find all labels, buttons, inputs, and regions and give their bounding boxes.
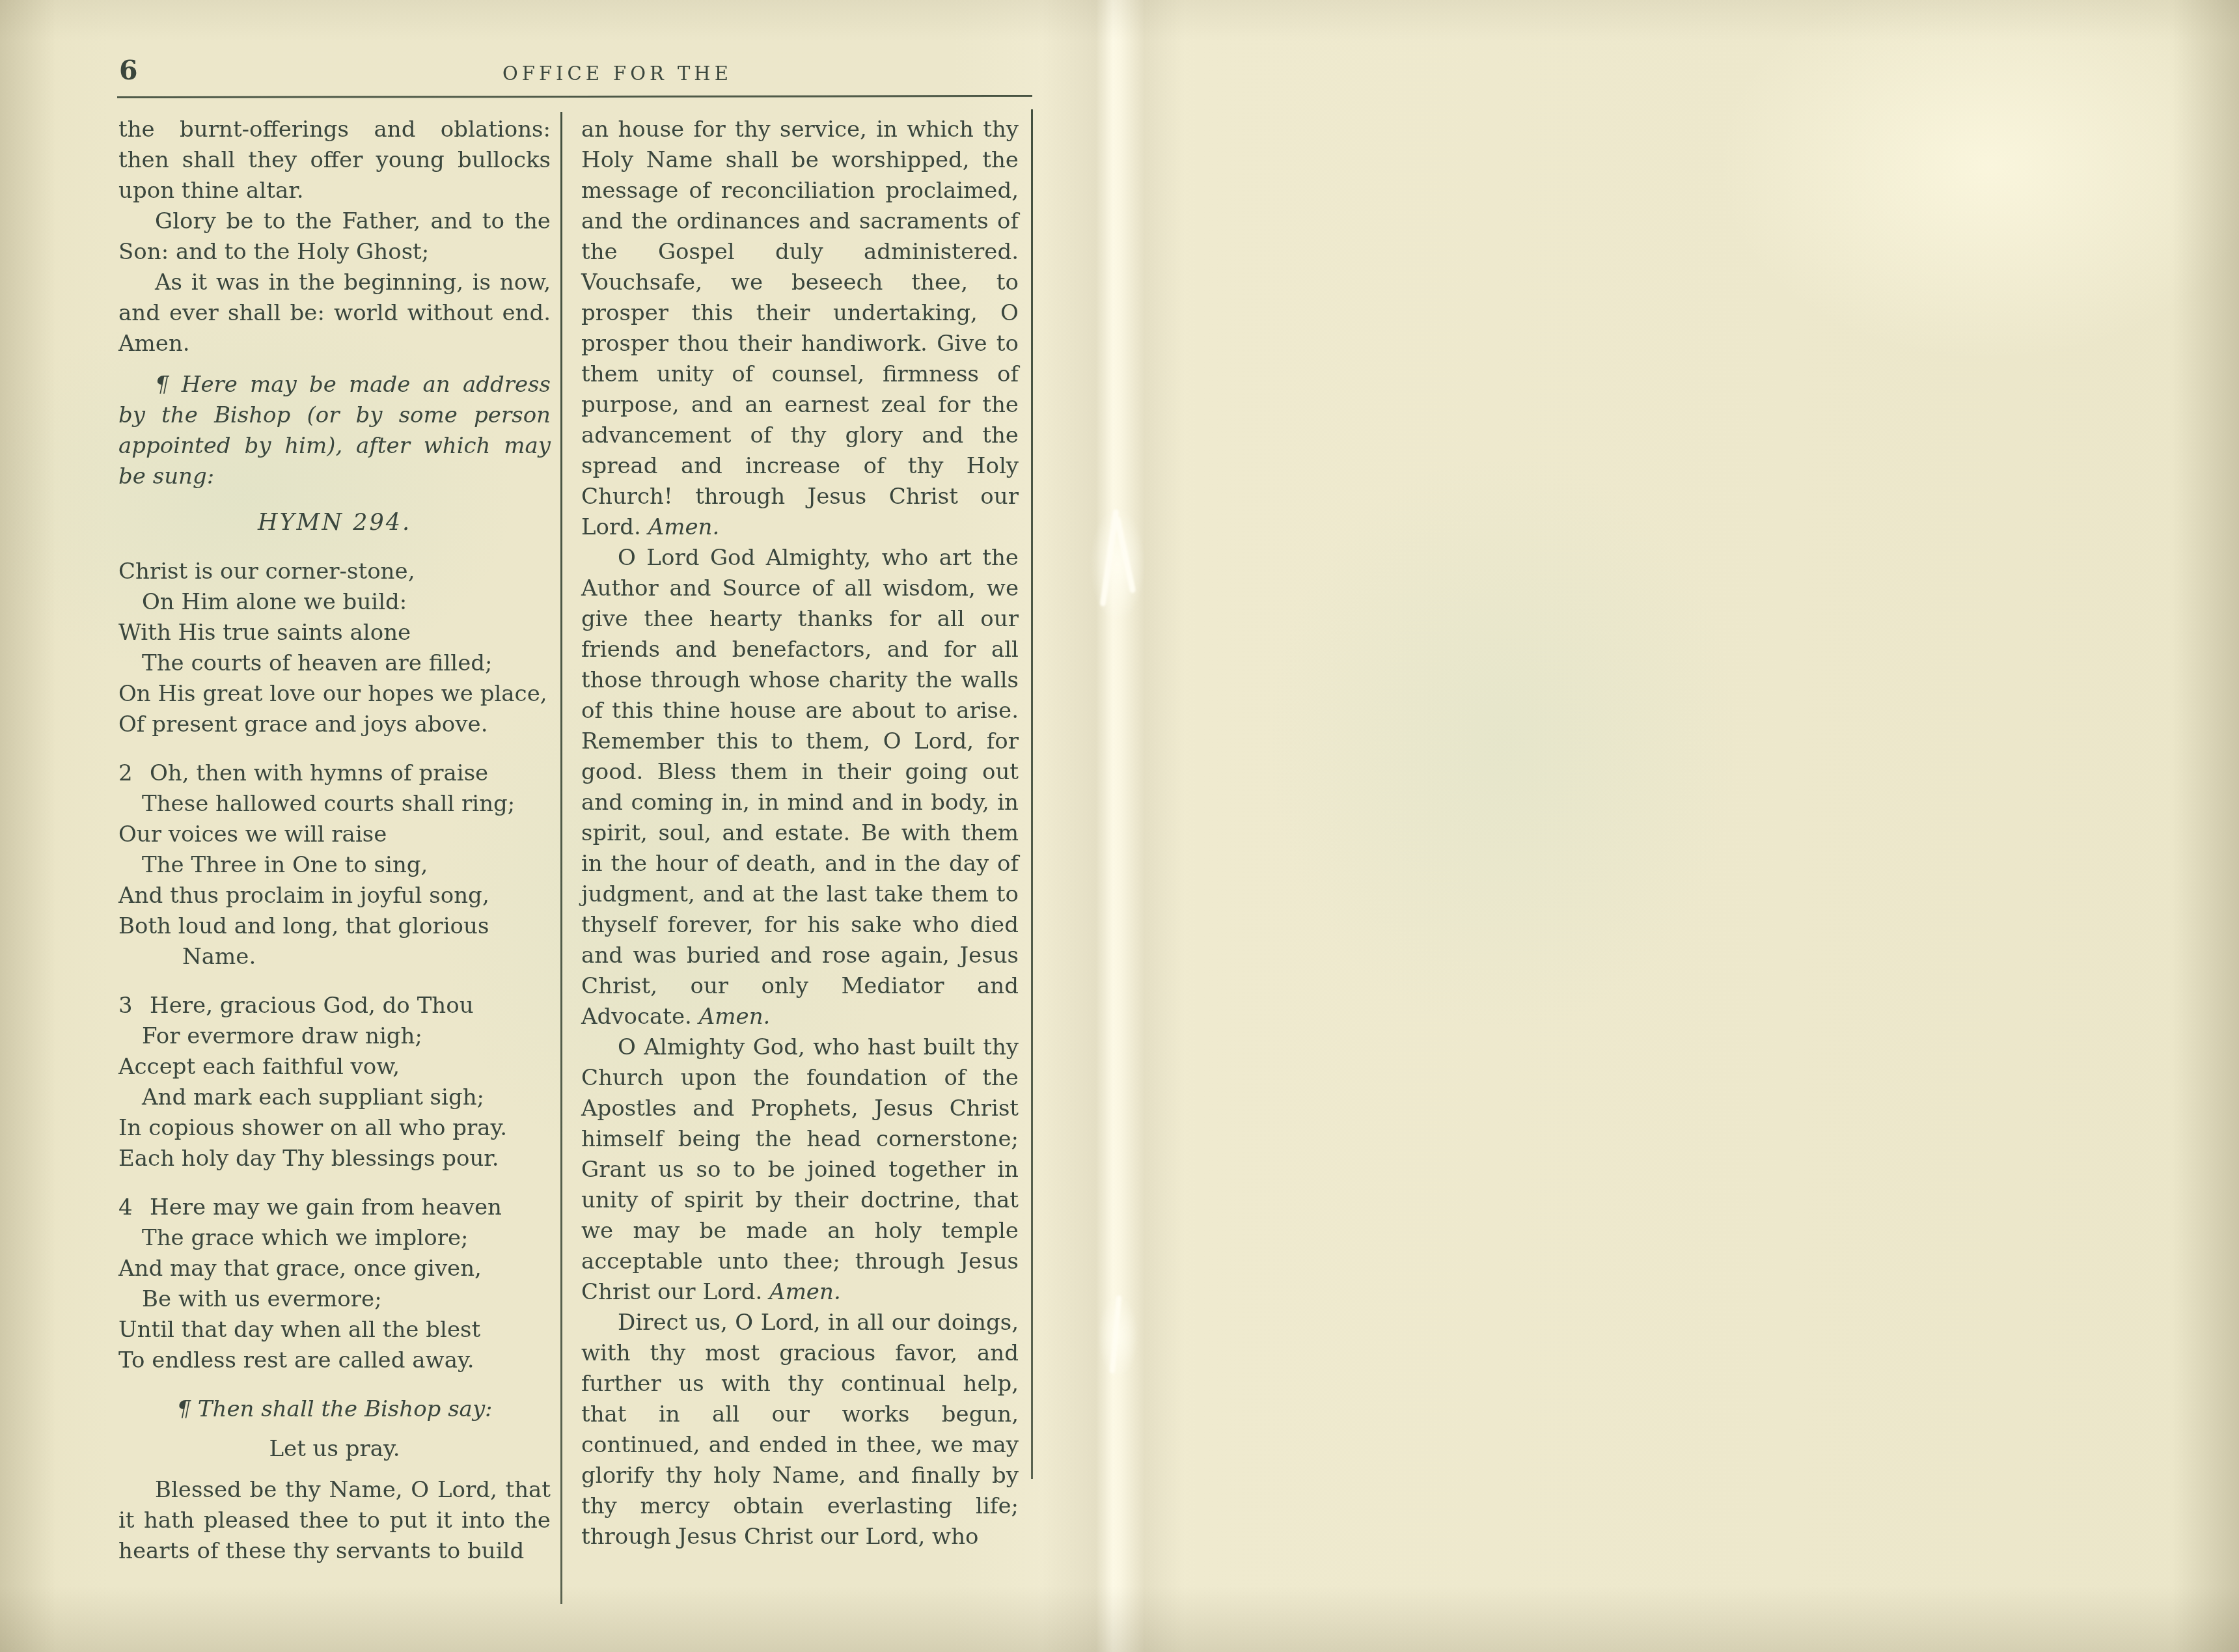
page-number-left: 6: [119, 55, 139, 86]
verse-line: 2Oh, then with hymns of praise: [118, 758, 551, 789]
rubric: ¶ Then shall the Bishop say:: [118, 1394, 551, 1425]
text-column-1: the burnt-offerings and oblations: then …: [118, 115, 551, 1567]
spine-rule-left-page: [1031, 109, 1033, 1479]
centered-line: Let us pray.: [118, 1434, 551, 1465]
column-divider-left-page: [560, 112, 562, 1604]
verse-line: The courts of heaven are filled;: [118, 648, 551, 679]
verse-line: On His great love our hopes we place,: [118, 679, 551, 709]
verse-line: And mark each suppliant sigh;: [118, 1082, 551, 1113]
paragraph: Blessed be thy Name, O Lord, that it hat…: [118, 1475, 551, 1567]
paragraph: O Almighty God, who hast built thy Churc…: [581, 1032, 1019, 1308]
verse-line: Both loud and long, that glorious: [118, 911, 551, 942]
verse-line: For evermore draw nigh;: [118, 1021, 551, 1052]
header-rule-left: [117, 95, 1032, 98]
verse-line: These hallowed courts shall ring;: [118, 789, 551, 819]
hymn-verse: 3Here, gracious God, do ThouFor evermore…: [118, 991, 551, 1174]
verse-line: Of present grace and joys above.: [118, 709, 551, 740]
paragraph: Glory be to the Father, and to the Son: …: [118, 206, 551, 268]
book-spread-scan: 6 OFFICE FOR THE the burnt-offerings and…: [0, 0, 2239, 1652]
paragraph: the burnt-offerings and oblations: then …: [118, 115, 551, 206]
verse-number: 4: [118, 1192, 150, 1223]
paragraph: As it was in the beginning, is now, and …: [118, 268, 551, 359]
paragraph: Direct us, O Lord, in all our doings, wi…: [581, 1308, 1019, 1552]
verse-line: Be with us evermore;: [118, 1284, 551, 1315]
verse-line: The grace which we implore;: [118, 1223, 551, 1254]
verse-line: Christ is our corner-stone,: [118, 557, 551, 587]
page-left: 6 OFFICE FOR THE the burnt-offerings and…: [0, 0, 1106, 1652]
running-title-left: OFFICE FOR THE: [502, 62, 732, 85]
verse-line: On Him alone we build:: [118, 587, 551, 618]
verse-line: Each holy day Thy blessings pour.: [118, 1144, 551, 1174]
verse-line: 3Here, gracious God, do Thou: [118, 991, 551, 1021]
verse-line: Name.: [118, 942, 551, 972]
text-column-2: an house for thy service, in which thy H…: [581, 115, 1019, 1552]
paragraph: an house for thy service, in which thy H…: [581, 115, 1019, 543]
verse-line: 4Here may we gain from heaven: [118, 1192, 551, 1223]
verse-line: And thus proclaim in joyful song,: [118, 881, 551, 911]
verse-line: Accept each faithful vow,: [118, 1052, 551, 1082]
hymn-verse: 4Here may we gain from heavenThe grace w…: [118, 1192, 551, 1376]
verse-line: To endless rest are called away.: [118, 1345, 551, 1376]
verse-number: 3: [118, 991, 150, 1021]
verse-line: In copious shower on all who pray.: [118, 1113, 551, 1144]
paragraph: O Lord God Almighty, who art the Author …: [581, 543, 1019, 1032]
verse-line: With His true saints alone: [118, 618, 551, 648]
verse-line: Our voices we will raise: [118, 819, 551, 850]
verse-line: Until that day when all the blest: [118, 1315, 551, 1345]
page-right: 7 LAYING OF A CORNERSTONE. hath taught u…: [1106, 0, 2239, 1652]
hymn-verse: Christ is our corner-stone,On Him alone …: [118, 557, 551, 740]
verse-line: And may that grace, once given,: [118, 1254, 551, 1284]
hymn-heading: HYMN 294.: [118, 508, 551, 538]
verse-number: 2: [118, 758, 150, 789]
hymn-verse: 2Oh, then with hymns of praiseThese hall…: [118, 758, 551, 972]
verse-line: The Three in One to sing,: [118, 850, 551, 881]
rubric: ¶ Here may be made an address by the Bis…: [118, 370, 551, 492]
